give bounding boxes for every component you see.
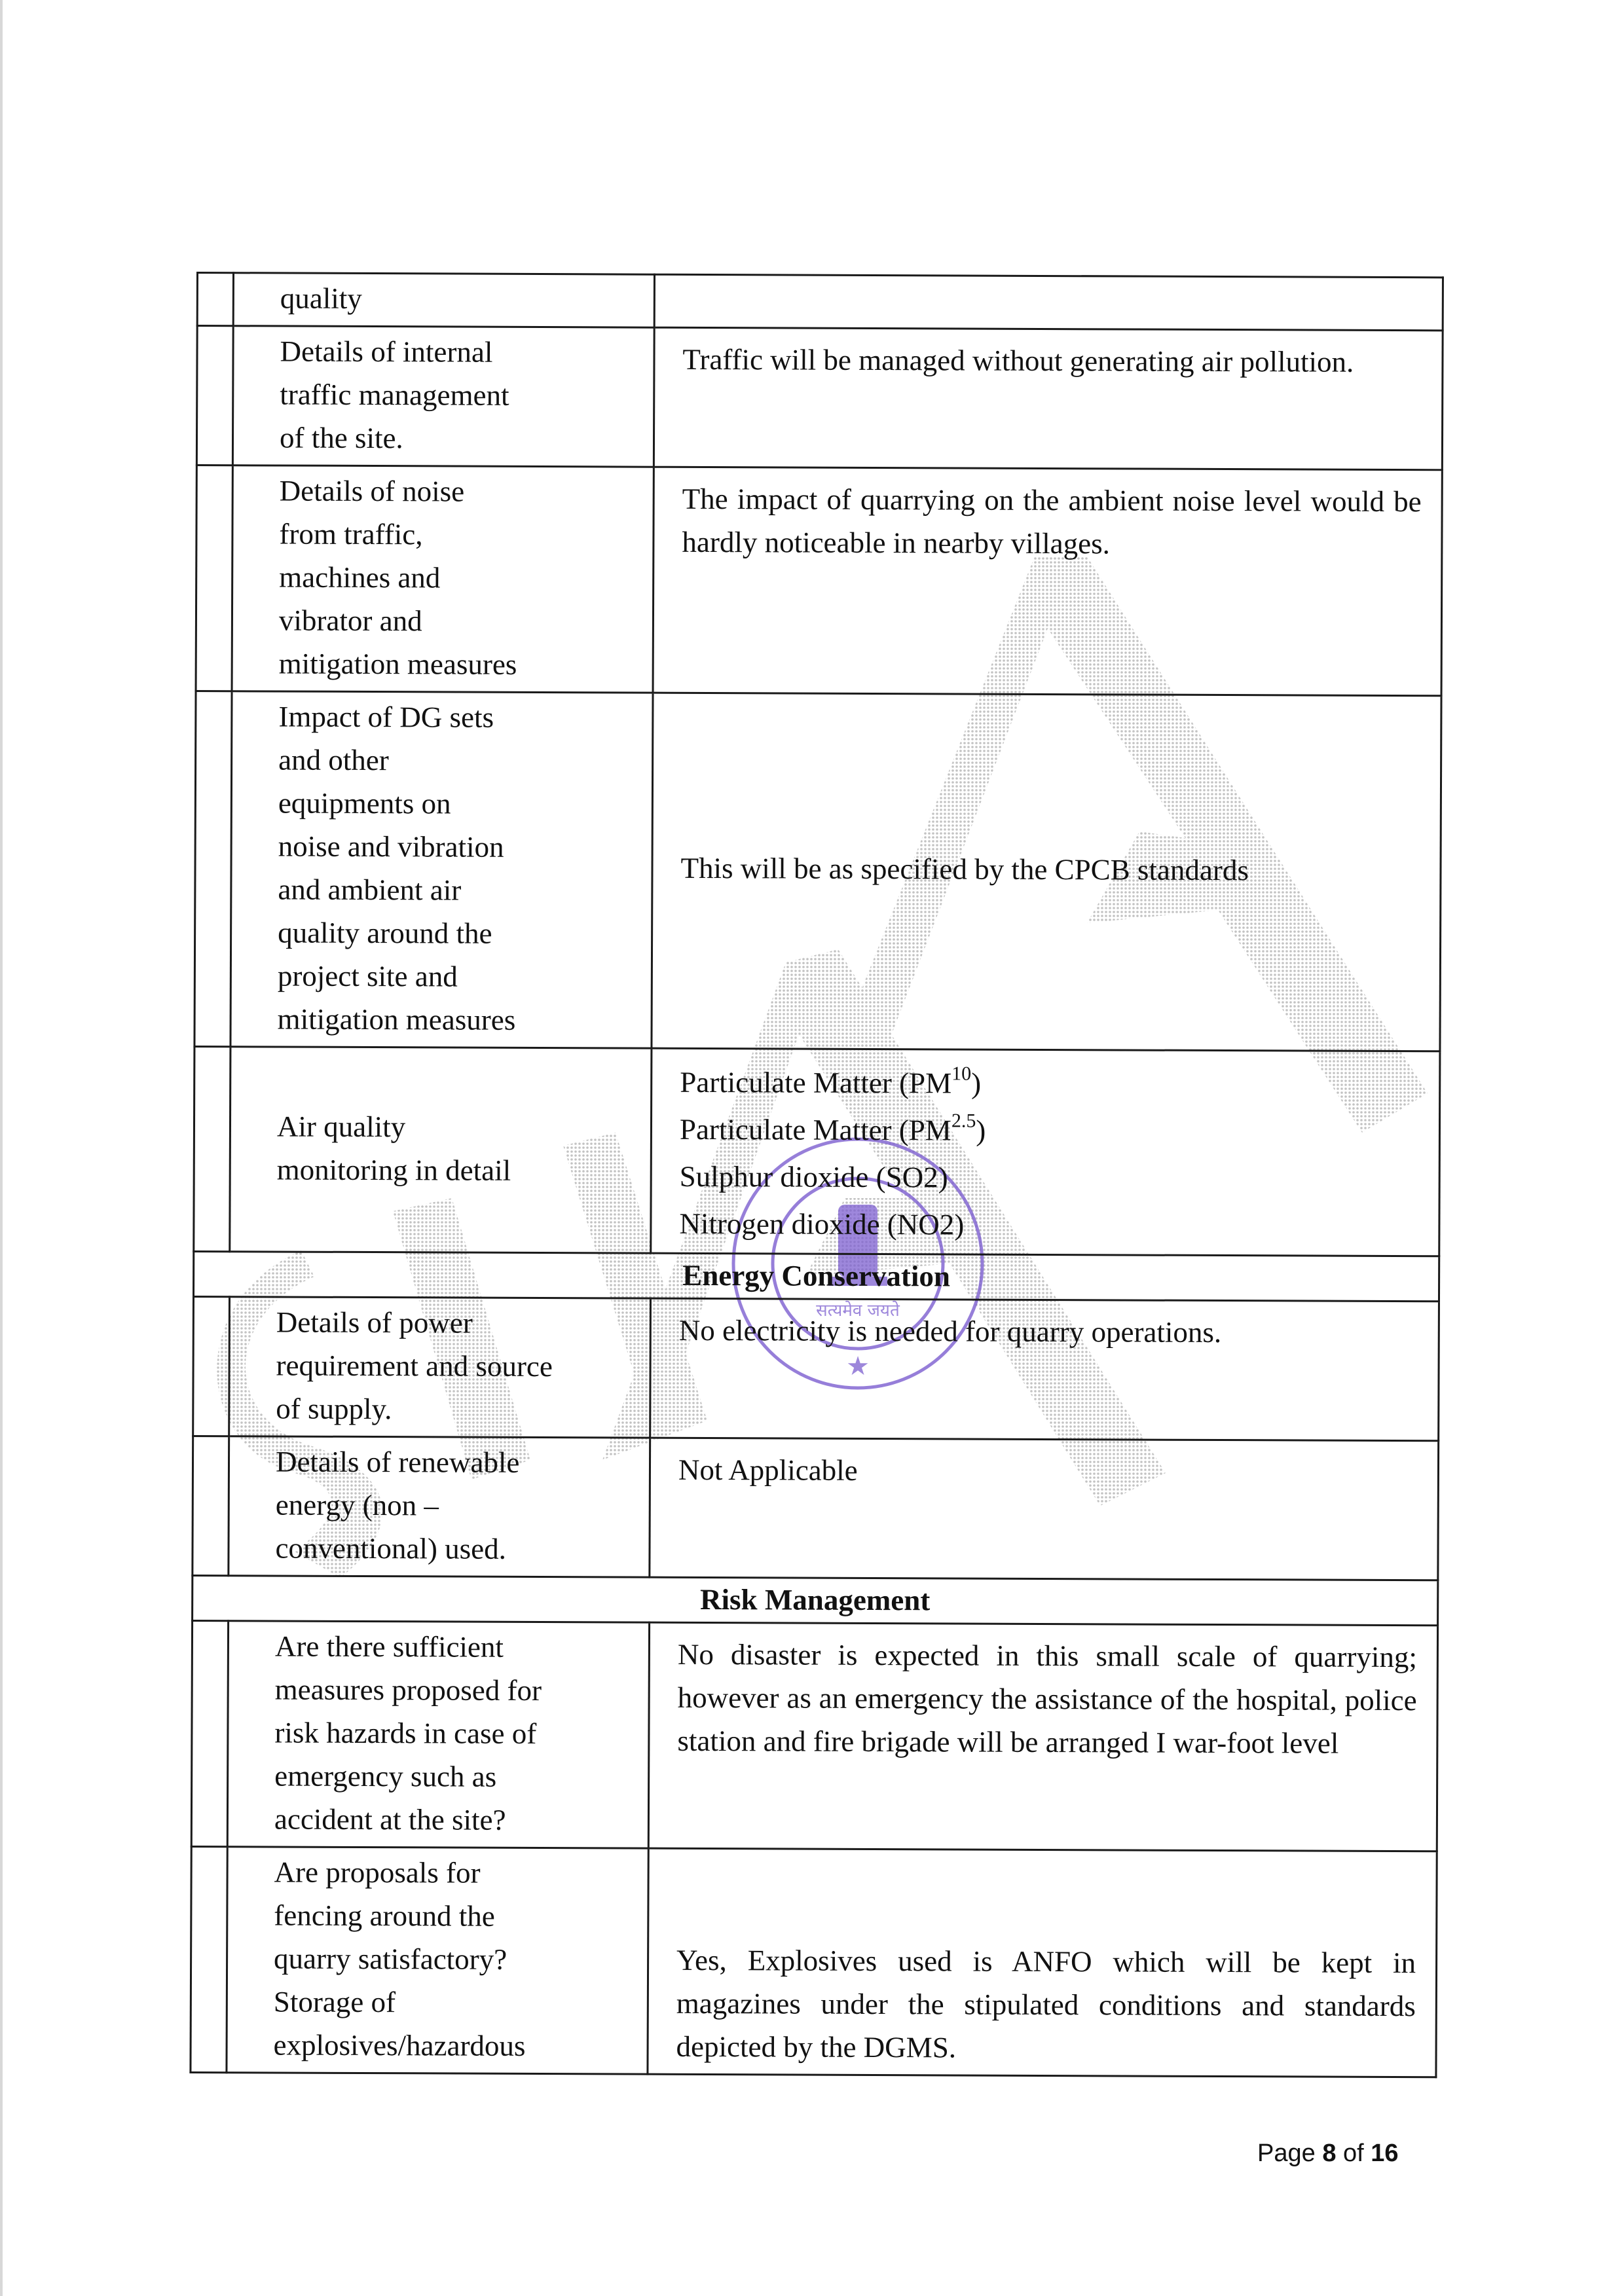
serial-cell: [193, 1436, 229, 1575]
question-line: Are there sufficient: [275, 1624, 642, 1669]
question-cell: Air qualitymonitoring in detail: [230, 1047, 652, 1253]
question-line: fencing around the: [274, 1893, 640, 1938]
question-line: quality: [280, 276, 647, 321]
question-line: conventional) used.: [275, 1526, 642, 1571]
question-line: machines and: [279, 555, 646, 600]
page-label: Page: [1257, 2140, 1316, 2167]
answer-text: Not Applicable: [678, 1448, 1418, 1494]
serial-cell: [194, 691, 232, 1047]
serial-cell: [196, 326, 233, 465]
question-line: quality around the: [278, 911, 644, 955]
question-line: equipments on: [278, 781, 645, 826]
question-line: Details of power: [276, 1300, 643, 1345]
answer-text: No electricity is needed for quarry oper…: [679, 1309, 1418, 1355]
parameter-item: Sulphur dioxide (SO2): [680, 1153, 1419, 1203]
parameter-text: Sulphur dioxide (SO2): [680, 1160, 948, 1194]
parameter-superscript: 2.5: [951, 1110, 976, 1131]
question-line: monitoring in detail: [277, 1148, 644, 1192]
question-line: quarry satisfactory?: [274, 1937, 640, 1981]
question-cell: Are proposals forfencing around thequarr…: [227, 1847, 648, 2074]
question-line: project site and: [278, 954, 644, 998]
question-line: mitigation measures: [279, 642, 646, 686]
table-row: Are proposals forfencing around thequarr…: [191, 1846, 1437, 2077]
table-row: Details of noisefrom traffic,machines an…: [196, 465, 1442, 696]
current-page: 8: [1322, 2140, 1336, 2167]
answer-cell: Not Applicable: [650, 1438, 1439, 1580]
section-header-row: Risk Management: [193, 1575, 1438, 1625]
parameter-text: Particulate Matter (PM: [680, 1066, 951, 1100]
question-line: explosives/hazardous: [273, 2023, 640, 2068]
question-line: of the site.: [280, 416, 646, 460]
question-line: vibrator and: [279, 598, 646, 643]
table-row: quality: [197, 273, 1443, 331]
answer-cell: Traffic will be managed without generati…: [654, 327, 1443, 470]
question-line: mitigation measures: [277, 997, 644, 1042]
question-cell: Are there sufficientmeasures proposed fo…: [227, 1621, 649, 1848]
section-title: Energy Conservation: [193, 1251, 1439, 1301]
question-line: emergency such as: [274, 1754, 641, 1798]
table-row: Details of renewableenergy (non –convent…: [193, 1436, 1439, 1580]
answer-cell: [654, 274, 1443, 331]
question-line: Storage of: [274, 1980, 640, 2024]
total-pages: 16: [1371, 2140, 1398, 2167]
answer-cell: The impact of quarrying on the ambient n…: [653, 467, 1442, 696]
serial-cell: [197, 273, 233, 326]
answer-text: [683, 285, 1422, 287]
table-row: Impact of DG setsand otherequipments onn…: [194, 691, 1441, 1051]
question-line: measures proposed for: [275, 1667, 642, 1712]
question-line: from traffic,: [279, 512, 646, 556]
serial-cell: [191, 1846, 227, 2072]
question-line: Details of noise: [280, 469, 646, 513]
question-line: Air quality: [277, 1104, 644, 1149]
question-line: requirement and source: [276, 1343, 642, 1388]
question-line: risk hazards in case of: [274, 1711, 641, 1755]
section-header-row: Energy Conservation: [193, 1251, 1439, 1301]
question-line: Impact of DG sets: [278, 695, 645, 739]
question-line: Details of renewable: [276, 1440, 642, 1484]
table-row: Air qualitymonitoring in detailParticula…: [194, 1046, 1440, 1256]
page-edge: [0, 0, 3, 2296]
answer-cell: Particulate Matter (PM10)Particulate Mat…: [651, 1048, 1440, 1256]
serial-cell: [191, 1620, 228, 1846]
table-row: Details of powerrequirement and sourceof…: [193, 1296, 1439, 1440]
parameter-text: Nitrogen dioxide (NO2): [679, 1207, 964, 1241]
question-cell: Details of renewableenergy (non –convent…: [229, 1436, 650, 1577]
question-cell: quality: [233, 273, 654, 327]
question-line: Details of internal: [280, 329, 646, 374]
question-cell: Details of powerrequirement and sourceof…: [229, 1297, 651, 1438]
document-table: qualityDetails of internaltraffic manage…: [189, 272, 1444, 2078]
question-line: noise and vibration: [278, 824, 645, 869]
question-line: of supply.: [276, 1387, 642, 1431]
answer-cell: No disaster is expected in this small sc…: [648, 1622, 1437, 1851]
table-row: Are there sufficientmeasures proposed fo…: [191, 1620, 1437, 1851]
parameter-superscript: 10: [951, 1063, 971, 1084]
parameter-tail: ): [971, 1067, 981, 1100]
question-cell: Details of noisefrom traffic,machines an…: [232, 465, 654, 693]
answer-text: The impact of quarrying on the ambient n…: [682, 477, 1421, 566]
answer-text: Yes, Explosives used is ANFO which will …: [676, 1939, 1416, 2071]
question-line: accident at the site?: [274, 1797, 641, 1842]
page-separator: of: [1343, 2140, 1364, 2167]
question-line: and ambient air: [278, 867, 644, 912]
question-line: Are proposals for: [274, 1850, 640, 1895]
serial-cell: [196, 465, 232, 691]
question-cell: Details of internaltraffic managementof …: [232, 326, 654, 467]
answer-text: No disaster is expected in this small sc…: [677, 1633, 1417, 1765]
answer-cell: No electricity is needed for quarry oper…: [650, 1298, 1439, 1441]
answer-cell: Yes, Explosives used is ANFO which will …: [648, 1848, 1437, 2077]
page-number: Page 8 of 16: [1257, 2140, 1399, 2168]
serial-cell: [194, 1046, 231, 1251]
answer-text: This will be as specified by the CPCB st…: [680, 847, 1420, 892]
section-title: Risk Management: [193, 1575, 1438, 1625]
question-line: energy (non –: [276, 1483, 642, 1527]
parameter-item: Particulate Matter (PM10): [680, 1059, 1419, 1108]
table-row: Details of internaltraffic managementof …: [196, 326, 1443, 470]
answer-text: Traffic will be managed without generati…: [682, 338, 1422, 384]
question-cell: Impact of DG setsand otherequipments onn…: [231, 691, 653, 1048]
parameter-item: Nitrogen dioxide (NO2): [679, 1200, 1418, 1250]
question-line: and other: [278, 738, 645, 782]
serial-cell: [193, 1296, 230, 1436]
answer-cell: This will be as specified by the CPCB st…: [652, 693, 1441, 1051]
parameter-item: Particulate Matter (PM2.5): [680, 1106, 1419, 1156]
question-line: traffic management: [280, 373, 646, 417]
parameter-tail: ): [976, 1114, 986, 1147]
parameter-text: Particulate Matter (PM: [680, 1113, 951, 1147]
